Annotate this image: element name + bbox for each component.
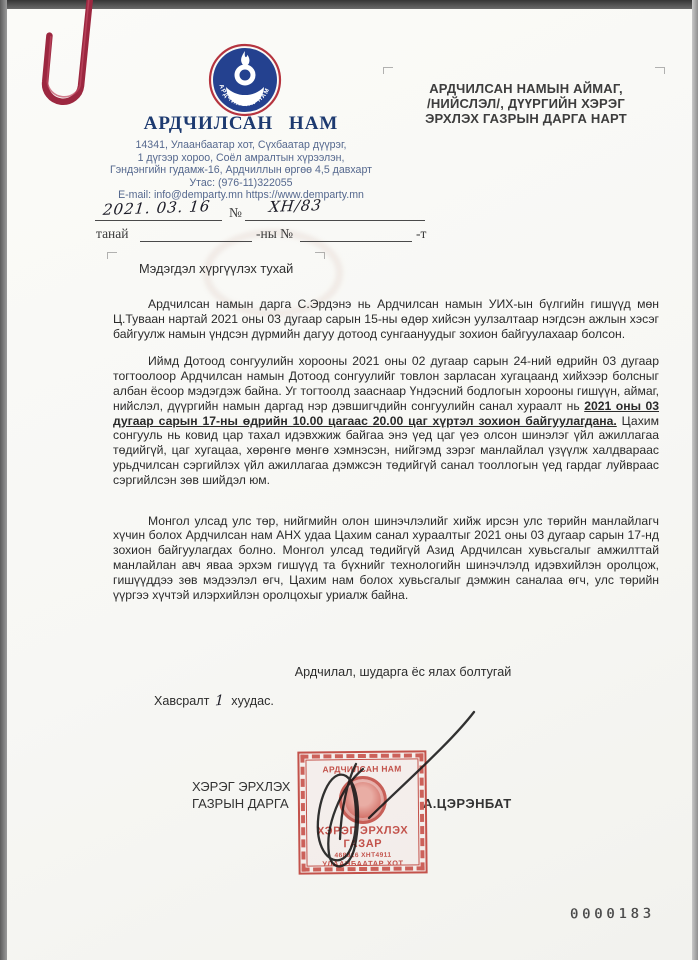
handwritten-attachment-count: 1	[215, 692, 225, 709]
attachment-prefix: Хавсралт	[154, 694, 209, 708]
party-logo-icon: АРДЧИЛСАН НАМ	[207, 42, 283, 118]
corner-mark	[315, 252, 325, 259]
corner-mark	[107, 252, 117, 259]
date-underline	[95, 219, 222, 221]
officer-title: ХЭРЭГ ЭРХЛЭХ ГАЗРЫН ДАРГА	[192, 779, 302, 812]
officer-title-line: ГАЗРЫН ДАРГА	[192, 796, 302, 813]
closing-motto: Ардчилал, шударга ёс ялах болтугай	[237, 665, 569, 679]
org-address-block: 14341, Улаанбаатар хот, Сүхбаатар дүүрэг…	[51, 139, 431, 202]
body-paragraph-2: Иймд Дотоод сонгуулийн хорооны 2021 оны …	[113, 354, 659, 487]
scan-edge-right	[692, 0, 698, 960]
your-ref-underline-2	[300, 240, 412, 242]
address-line: 1 дүгээр хороо, Соёл амралтын хүрээлэн,	[51, 152, 431, 165]
attachment-line: Хавсралт1хуудас.	[154, 693, 274, 709]
body-paragraph-1: Ардчилсан намын дарга С.Эрдэнэ нь Ардчил…	[113, 297, 659, 341]
body-paragraph-3: Монгол улсад улс төр, нийгмийн олон шинэ…	[113, 514, 659, 603]
letter-body: Ардчилсан намын дарга С.Эрдэнэ нь Ардчил…	[113, 297, 659, 615]
officer-title-line: ХЭРЭГ ЭРХЛЭХ	[192, 779, 302, 796]
corner-mark	[383, 67, 393, 74]
recipient-line: АРДЧИЛСАН НАМЫН АЙМАГ,	[407, 82, 645, 97]
recipient-line: ЭРХЛЭХ ГАЗРЫН ДАРГА НАРТ	[407, 112, 645, 127]
attachment-suffix: хуудас.	[231, 694, 274, 708]
paragraph-text: Монгол улсад улс төр, нийгмийн олон шинэ…	[113, 514, 659, 602]
party-logo: АРДЧИЛСАН НАМ	[207, 42, 283, 118]
recipient-block: АРДЧИЛСАН НАМЫН АЙМАГ, /НИЙСЛЭЛ/, ДҮҮРГИ…	[407, 82, 645, 126]
your-ref-prefix: танай	[96, 226, 129, 242]
recipient-line: /НИЙСЛЭЛ/, ДҮҮРГИЙН ХЭРЭГ	[407, 97, 645, 112]
your-ref-suffix: -т	[416, 226, 426, 242]
document-serial-number: 0000183	[570, 906, 655, 923]
number-sign: №	[229, 205, 242, 221]
subject-line: Мэдэгдэл хүргүүлэх тухай	[139, 261, 293, 276]
corner-mark	[655, 67, 665, 74]
handwritten-date: 2021. 03. 16	[102, 197, 211, 219]
your-ref-mid: -ны №	[256, 226, 293, 242]
scan-edge-left	[0, 0, 7, 960]
paper-sheet: АРДЧИЛСАН НАМ АРДЧИЛСАН НАМ 14341, Улаан…	[7, 9, 692, 960]
your-ref-underline-1	[140, 240, 252, 242]
scanned-letter-page: АРДЧИЛСАН НАМ АРДЧИЛСАН НАМ 14341, Улаан…	[0, 0, 698, 960]
paperclip-icon	[28, 0, 108, 125]
address-line: Гэндэнгийн гудамж-16, Ардчиллын өргөө 4,…	[51, 164, 431, 177]
ref-underline	[245, 219, 425, 221]
paragraph-text: Иймд Дотоод сонгуулийн хорооны 2021 оны …	[113, 354, 659, 412]
handwritten-signature	[287, 704, 487, 884]
handwritten-ref-number: ХН/83	[268, 196, 323, 216]
address-line: Утас: (976-11)322055	[51, 177, 431, 190]
signature-icon	[287, 704, 487, 884]
org-name: АРДЧИЛСАН НАМ	[61, 113, 421, 135]
paragraph-text: Ардчилсан намын дарга С.Эрдэнэ нь Ардчил…	[113, 297, 659, 341]
address-line: 14341, Улаанбаатар хот, Сүхбаатар дүүрэг…	[51, 139, 431, 152]
